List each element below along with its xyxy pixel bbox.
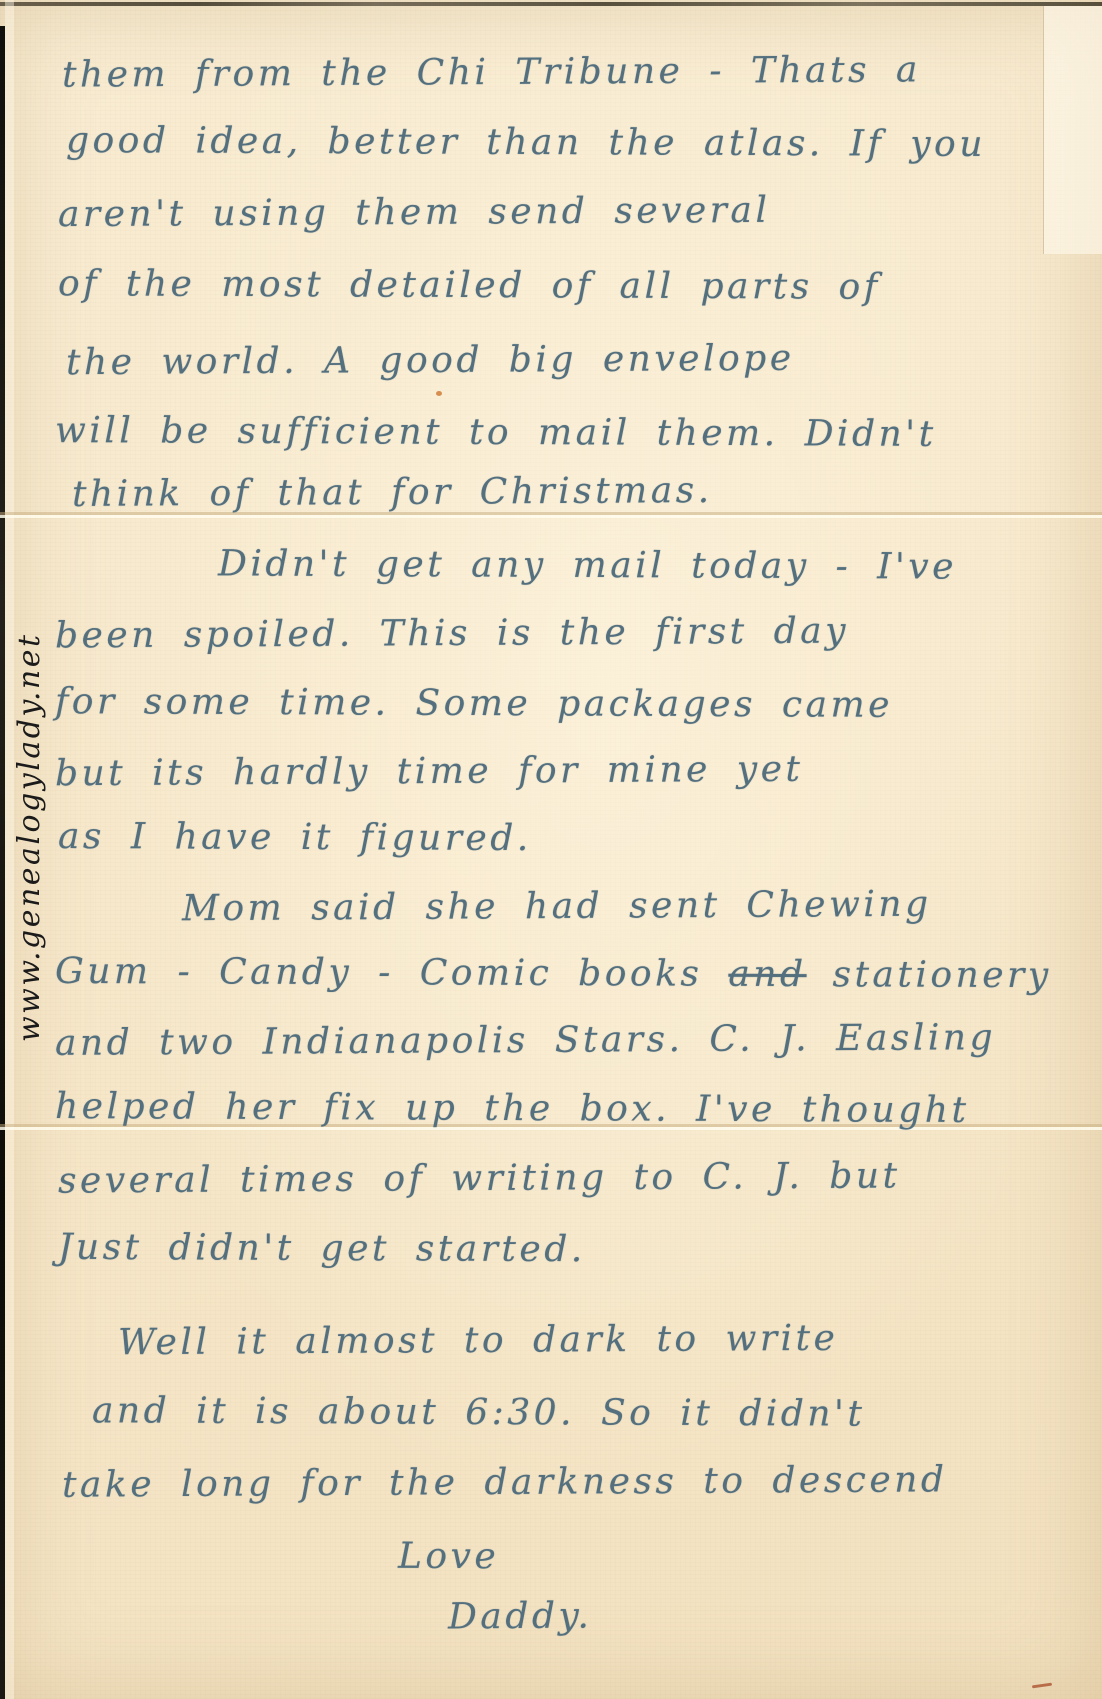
letter-page: them from the Chi Tribune - Thats a good…	[0, 0, 1102, 1699]
handwritten-line: Well it almost to dark to write	[118, 1318, 839, 1363]
handwritten-line: and two Indianapolis Stars. C. J. Easlin…	[55, 1017, 996, 1064]
underlying-sheet-corner	[1043, 6, 1102, 254]
handwritten-line: think of that for Christmas.	[72, 470, 713, 515]
handwritten-line: good idea, better than the atlas. If you	[66, 120, 986, 165]
handwritten-line: for some time. Some packages came	[55, 681, 893, 726]
handwritten-line: helped her fix up the box. I've thought	[55, 1086, 970, 1131]
handwritten-line: but its hardly time for mine yet	[55, 749, 804, 795]
paper-edge-top	[0, 2, 1102, 6]
handwritten-line: of the most detailed of all parts of	[58, 263, 881, 308]
strike-line-before: Gum - Candy - Comic books	[55, 951, 703, 995]
handwritten-line: as I have it figured.	[58, 816, 532, 859]
handwritten-line: them from the Chi Tribune - Thats a	[62, 49, 921, 95]
handwritten-line: been spoiled. This is the first day	[55, 611, 849, 657]
handwritten-line-with-strikeout: Gum - Candy - Comic books and stationery	[55, 951, 1052, 996]
handwritten-line: several times of writing to C. J. but	[58, 1155, 901, 1201]
strikethrough-word: and	[728, 954, 806, 995]
strike-line-after: stationery	[832, 954, 1051, 996]
handwritten-line: aren't using them send several	[58, 190, 771, 235]
handwritten-line: will be sufficient to mail them. Didn't	[55, 410, 937, 455]
watermark-text: www.genealogylady.net	[12, 632, 47, 1042]
handwritten-line: Didn't get any mail today - I've	[218, 543, 957, 587]
closing-valediction: Love	[398, 1536, 499, 1577]
paper-speck	[436, 391, 442, 396]
handwritten-line: take long for the darkness to descend	[62, 1459, 948, 1505]
handwritten-line: Mom said she had sent Chewing	[182, 884, 932, 930]
handwritten-line: and it is about 6:30. So it didn't	[92, 1390, 866, 1434]
handwritten-line: Just didn't get started.	[58, 1227, 586, 1270]
paper-speck	[1032, 1683, 1052, 1689]
handwritten-line: the world. A good big envelope	[66, 338, 795, 383]
signature: Daddy.	[448, 1596, 593, 1638]
